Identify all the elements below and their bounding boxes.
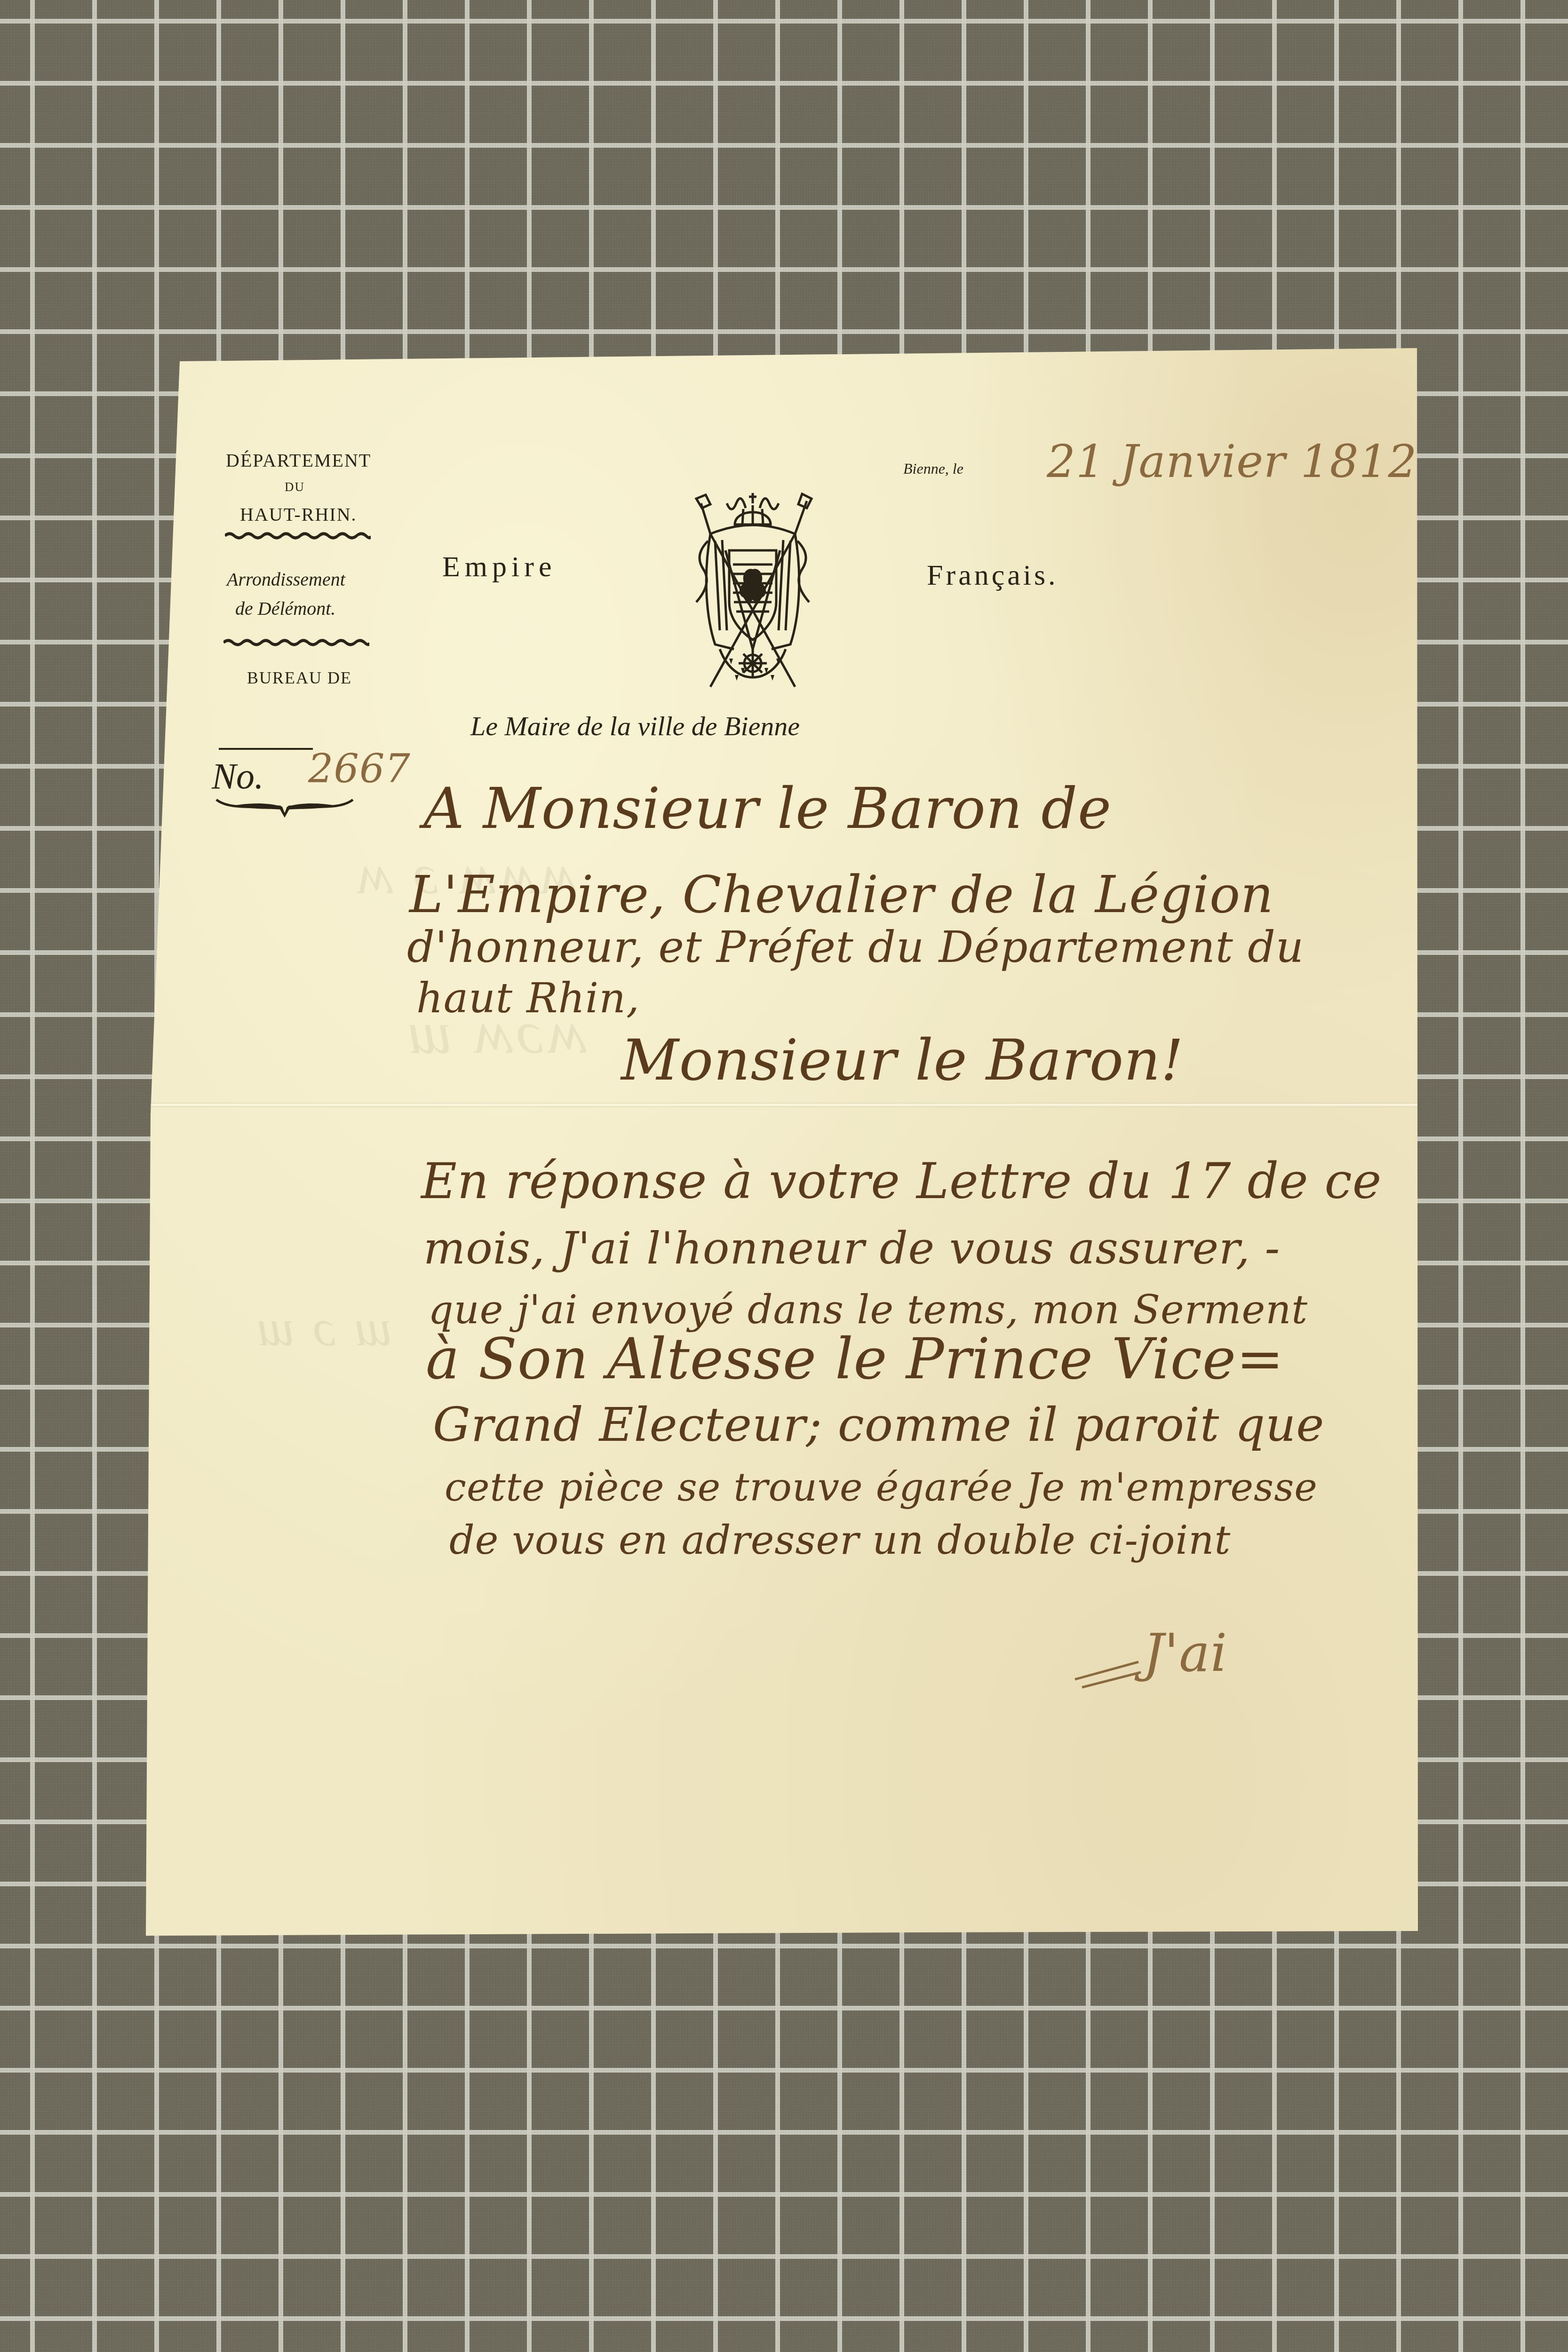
empire-heading-right: Français. — [927, 559, 1059, 592]
salutation: Monsieur le Baron! — [621, 1028, 1184, 1093]
address-line: haut Rhin, — [416, 974, 640, 1022]
wavy-divider-icon — [225, 531, 371, 541]
arrondissement-name: de Délémont. — [235, 597, 335, 620]
body-line: que j'ai envoyé dans le tems, mon Sermen… — [428, 1287, 1308, 1333]
department-du-label: DU — [285, 480, 305, 494]
fold-crease — [141, 1103, 1421, 1107]
letter-date: 21 Janvier 1812. — [1047, 435, 1432, 488]
arrondissement-label: Arrondissement — [227, 568, 345, 590]
closing-text: J'ai — [1143, 1623, 1227, 1683]
bureau-label: BUREAU DE — [247, 668, 352, 688]
department-name: HAUT-RHIN. — [240, 503, 357, 525]
body-line: En réponse à votre Lettre du 17 de ce — [421, 1152, 1382, 1210]
department-label: DÉPARTEMENT — [226, 449, 371, 471]
body-line: cette pièce se trouve égarée Je m'empres… — [445, 1465, 1318, 1510]
number-rule — [219, 748, 313, 750]
bleed-through-mark: ɯ ɔ ɯ — [254, 1298, 392, 1358]
body-line: à Son Altesse le Prince Vice= — [426, 1327, 1284, 1392]
wavy-divider-icon — [223, 637, 369, 648]
empire-heading-left: Empire — [442, 550, 557, 584]
body-line: Grand Electeur; comme il paroit que — [433, 1397, 1325, 1452]
letter-number: 2667 — [308, 746, 411, 792]
number-label: No. — [212, 755, 264, 797]
address-line: d'honneur, et Préfet du Département du — [407, 922, 1304, 972]
letter-sheet: ʍʍʍ ɔ ʍ ʍɔʍ ɯ ɯ ɔ ɯ DÉPARTEMENT DU HAUT-… — [141, 343, 1421, 1940]
flourish-ornament-icon — [214, 793, 355, 821]
closing-flourish-icon — [1073, 1658, 1143, 1693]
address-line: L'Empire, Chevalier de la Légion — [409, 866, 1274, 924]
place-label: Bienne, le — [903, 460, 963, 477]
body-line: de vous en adresser un double ci-joint — [449, 1517, 1231, 1563]
imperial-coat-of-arms-icon — [682, 489, 823, 696]
mayor-line: Le Maire de la ville de Bienne — [470, 710, 800, 742]
address-line: A Monsieur le Baron de — [423, 776, 1112, 842]
body-line: mois, J'ai l'honneur de vous assurer, - — [423, 1223, 1280, 1274]
